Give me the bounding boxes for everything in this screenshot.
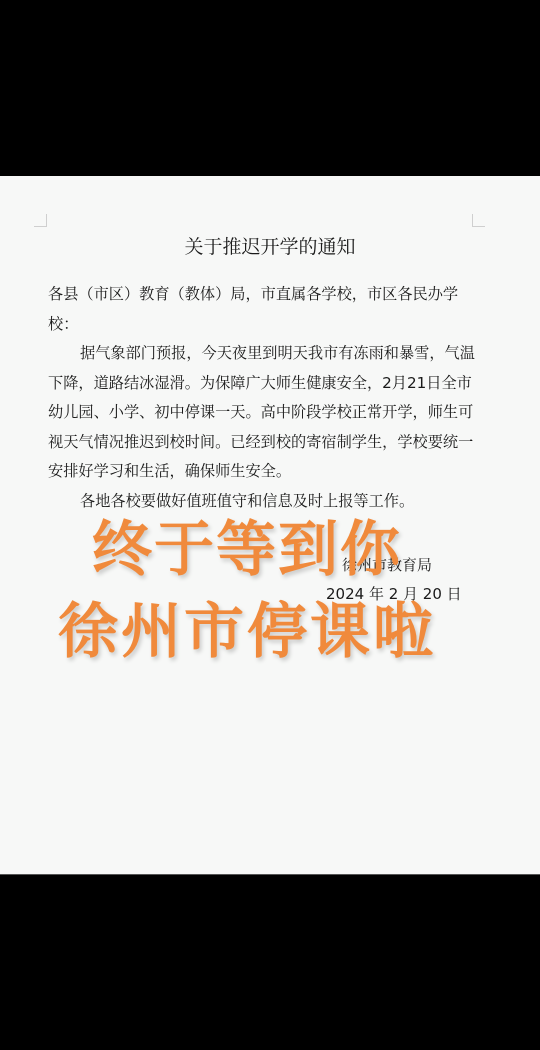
document-body: 各县（市区）教育（教体）局，市直属各学校，市区各民办学校： 据气象部门预报，今天… (48, 280, 478, 516)
paragraph-main: 据气象部门预报，今天夜里到明天我市有冻雨和暴雪，气温下降，道路结冰湿滑。为保障广… (48, 339, 478, 487)
page-corner-mark-top-left (34, 214, 47, 227)
page-corner-mark-top-right (472, 214, 485, 227)
document-title: 关于推迟开学的通知 (0, 232, 540, 259)
salutation: 各县（市区）教育（教体）局，市直属各学校，市区各民办学校： (48, 280, 478, 339)
overlay-caption-line1: 终于等到你 (92, 502, 402, 588)
overlay-caption-line2: 徐州市停课啦 (58, 584, 436, 670)
document-page: 关于推迟开学的通知 各县（市区）教育（教体）局，市直属各学校，市区各民办学校： … (0, 176, 540, 875)
